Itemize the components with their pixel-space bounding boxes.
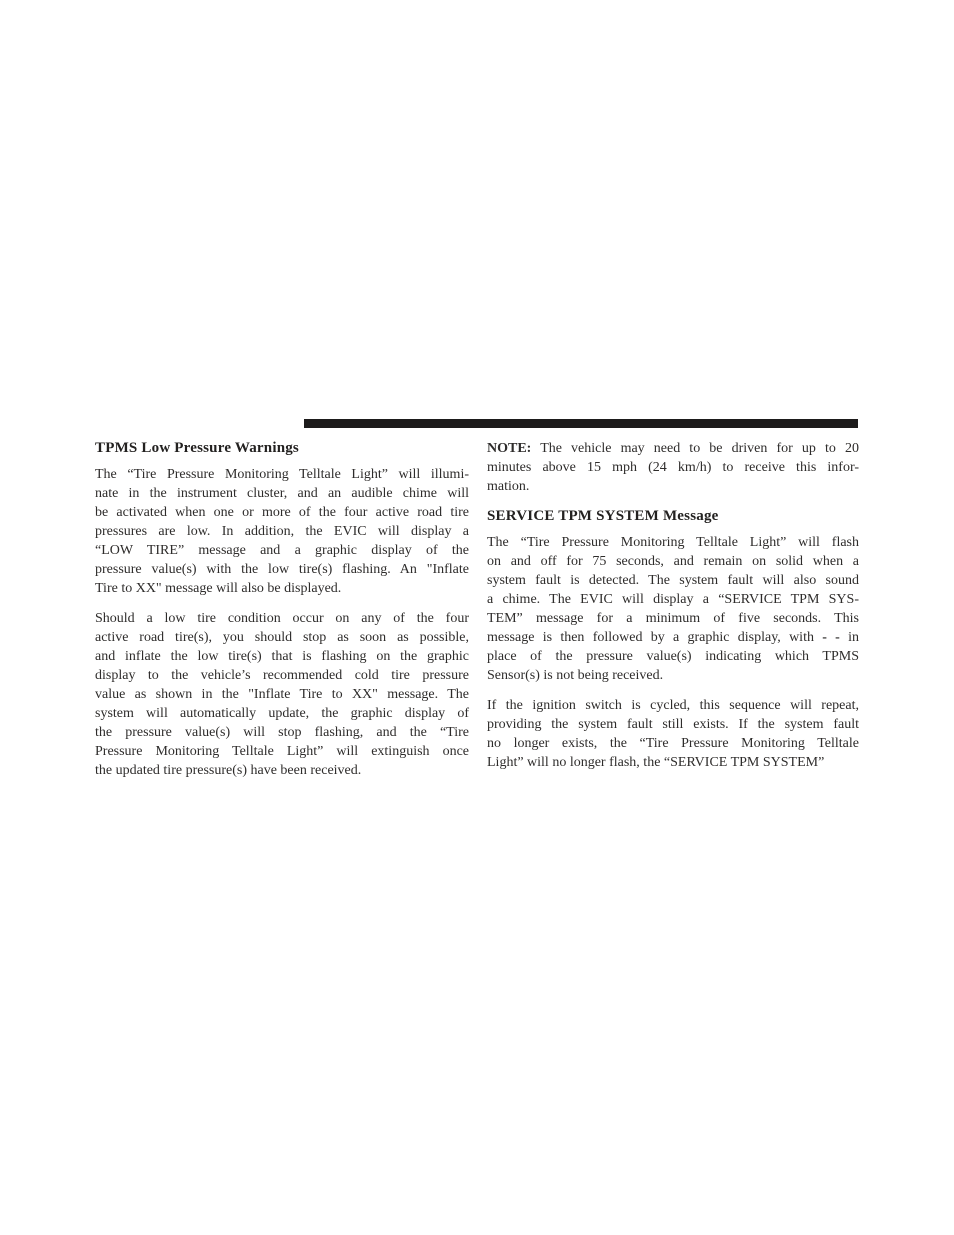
- paragraph-low-pressure-1: The “Tire Pressure Monitoring Telltale L…: [95, 465, 469, 598]
- text-line: If the ignition switch is cycled, this s…: [487, 696, 859, 715]
- text-line: be activated when one or more of the fou…: [95, 503, 469, 522]
- text-line: system fault is detected. The system fau…: [487, 571, 859, 590]
- text-line: pressures are low. In addition, the EVIC…: [95, 522, 469, 541]
- text-line: nate in the instrument cluster, and an a…: [95, 484, 469, 503]
- paragraph-service-tpm-1: The “Tire Pressure Monitoring Telltale L…: [487, 533, 859, 685]
- text-line: the updated tire pressure(s) have been r…: [95, 761, 469, 780]
- heading-tpms-low-pressure-warnings: TPMS Low Pressure Warnings: [95, 439, 469, 458]
- text-line: providing the system fault still exists.…: [487, 715, 859, 734]
- text-line: minutes above 15 mph (24 km/h) to receiv…: [487, 458, 859, 477]
- text-line: display to the vehicle’s recommended col…: [95, 666, 469, 685]
- text-line: The “Tire Pressure Monitoring Telltale L…: [95, 465, 469, 484]
- paragraph-low-pressure-2: Should a low tire condition occur on any…: [95, 609, 469, 780]
- text-line: the pressure value(s) will stop flashing…: [95, 723, 469, 742]
- right-column: NOTE: The vehicle may need to be driven …: [487, 439, 859, 791]
- text-line: Sensor(s) is not being received.: [487, 666, 859, 685]
- text-line: pressure value(s) with the low tire(s) f…: [95, 560, 469, 579]
- text-line: a chime. The EVIC will display a “SERVIC…: [487, 590, 859, 609]
- text-line: value as shown in the "Inflate Tire to X…: [95, 685, 469, 704]
- text-line: and inflate the low tire(s) that is flas…: [95, 647, 469, 666]
- note-paragraph: NOTE: The vehicle may need to be driven …: [487, 439, 859, 496]
- text-line: system will automatically update, the gr…: [95, 704, 469, 723]
- text-line: on and off for 75 seconds, and remain on…: [487, 552, 859, 571]
- text-line: mation.: [487, 477, 859, 496]
- text-line: The “Tire Pressure Monitoring Telltale L…: [487, 533, 859, 552]
- text-line: active road tire(s), you should stop as …: [95, 628, 469, 647]
- paragraph-service-tpm-2: If the ignition switch is cycled, this s…: [487, 696, 859, 772]
- text-line: place of the pressure value(s) indicatin…: [487, 647, 859, 666]
- text-line: Pressure Monitoring Telltale Light” will…: [95, 742, 469, 761]
- manual-page: TPMS Low Pressure Warnings The “Tire Pre…: [0, 0, 954, 1235]
- text-line: message is then followed by a graphic di…: [487, 628, 859, 647]
- two-column-text-block: TPMS Low Pressure Warnings The “Tire Pre…: [95, 439, 859, 791]
- text-line: Tire to XX" message will also be display…: [95, 579, 469, 598]
- text-line: no longer exists, the “Tire Pressure Mon…: [487, 734, 859, 753]
- section-divider-bar: [304, 419, 858, 428]
- text-line: Should a low tire condition occur on any…: [95, 609, 469, 628]
- text-line: TEM” message for a minimum of five secon…: [487, 609, 859, 628]
- heading-service-tpm-system-message: SERVICE TPM SYSTEM Message: [487, 507, 859, 526]
- text-line: “LOW TIRE” message and a graphic display…: [95, 541, 469, 560]
- left-column: TPMS Low Pressure Warnings The “Tire Pre…: [95, 439, 469, 791]
- text-line: Light” will no longer flash, the “SERVIC…: [487, 753, 859, 772]
- text-line: NOTE: The vehicle may need to be driven …: [487, 439, 859, 458]
